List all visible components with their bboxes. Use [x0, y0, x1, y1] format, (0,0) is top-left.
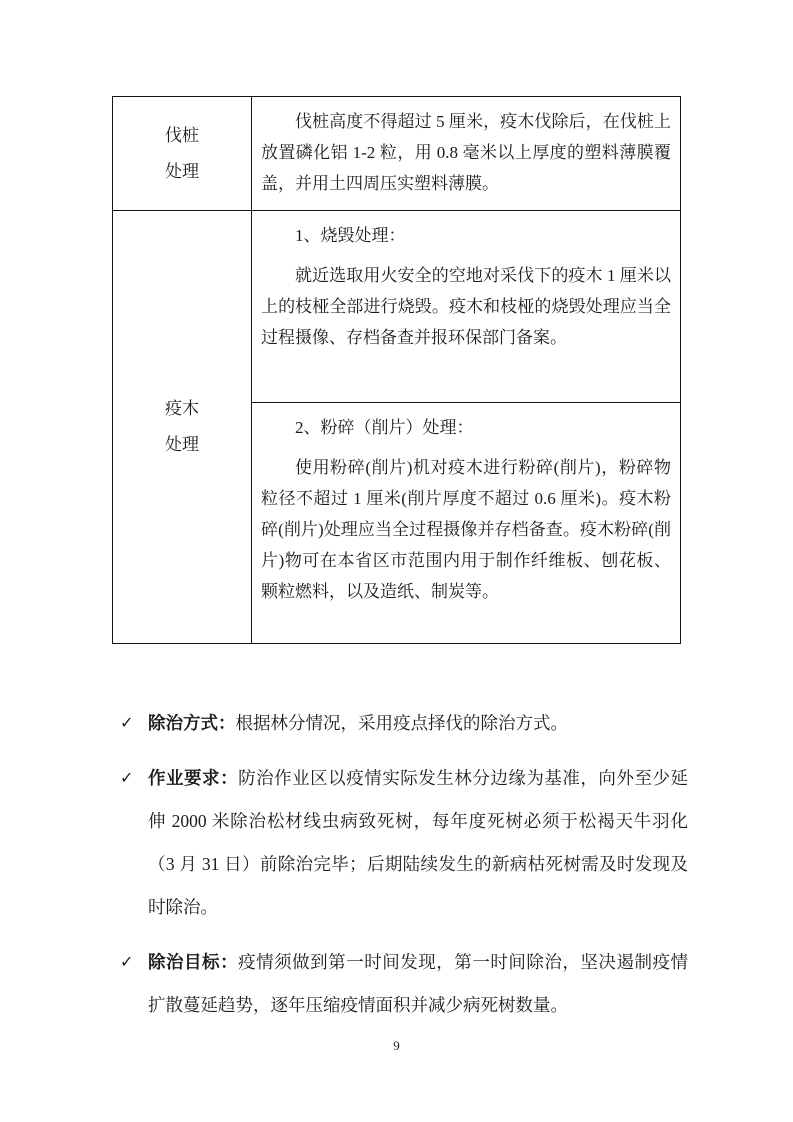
bullet-label: 除治目标：	[148, 952, 238, 972]
table-row: 疫木 处理 1、烧毁处理： 就近选取用火安全的空地对采伐下的疫木 1 厘米以上的…	[113, 211, 681, 403]
bullet-label: 作业要求：	[148, 768, 238, 788]
cell-burning-treatment: 1、烧毁处理： 就近选取用火安全的空地对采伐下的疫木 1 厘米以上的枝桠全部进行…	[252, 211, 681, 403]
treatment-table: 伐桩 处理 伐桩高度不得超过 5 厘米，疫木伐除后，在伐桩上放置磷化铝 1-2 …	[112, 96, 681, 644]
bullet-list: ✓ 除治方式：根据林分情况，采用疫点择伐的除治方式。 ✓ 作业要求：防治作业区以…	[120, 702, 688, 1027]
row-header-infected-wood-treatment: 疫木 处理	[113, 211, 252, 644]
document-page: 伐桩 处理 伐桩高度不得超过 5 厘米，疫木伐除后，在伐桩上放置磷化铝 1-2 …	[0, 0, 793, 1122]
cell-subtitle: 1、烧毁处理：	[261, 220, 671, 251]
cell-chipping-treatment: 2、粉碎（削片）处理： 使用粉碎(削片)机对疫木进行粉碎(削片)，粉碎物粒径不超…	[252, 403, 681, 644]
cell-paragraph: 使用粉碎(削片)机对疫木进行粉碎(削片)，粉碎物粒径不超过 1 厘米(削片厚度不…	[261, 452, 671, 607]
list-item: ✓ 作业要求：防治作业区以疫情实际发生林分边缘为基准，向外至少延伸 2000 米…	[120, 757, 688, 929]
checkmark-icon: ✓	[120, 702, 133, 745]
cell-stump-treatment: 伐桩高度不得超过 5 厘米，疫木伐除后，在伐桩上放置磷化铝 1-2 粒，用 0.…	[252, 97, 681, 211]
cell-paragraph: 就近选取用火安全的空地对采伐下的疫木 1 厘米以上的枝桠全部进行烧毁。疫木和枝桠…	[261, 260, 671, 353]
list-item: ✓ 除治目标：疫情须做到第一时间发现，第一时间除治，坚决遏制疫情扩散蔓延趋势，逐…	[120, 941, 688, 1027]
row-header-stump-treatment: 伐桩 处理	[113, 97, 252, 211]
page-number: 9	[0, 1038, 793, 1054]
bullet-text: 防治作业区以疫情实际发生林分边缘为基准，向外至少延伸 2000 米除治松材线虫病…	[148, 768, 688, 917]
cell-subtitle: 2、粉碎（削片）处理：	[261, 412, 671, 443]
checkmark-icon: ✓	[120, 941, 133, 984]
checkmark-icon: ✓	[120, 757, 133, 800]
bullet-text: 根据林分情况，采用疫点择伐的除治方式。	[236, 713, 569, 733]
cell-paragraph: 伐桩高度不得超过 5 厘米，疫木伐除后，在伐桩上放置磷化铝 1-2 粒，用 0.…	[261, 106, 671, 199]
table-row: 伐桩 处理 伐桩高度不得超过 5 厘米，疫木伐除后，在伐桩上放置磷化铝 1-2 …	[113, 97, 681, 211]
list-item: ✓ 除治方式：根据林分情况，采用疫点择伐的除治方式。	[120, 702, 688, 745]
bullet-label: 除治方式：	[148, 713, 236, 733]
